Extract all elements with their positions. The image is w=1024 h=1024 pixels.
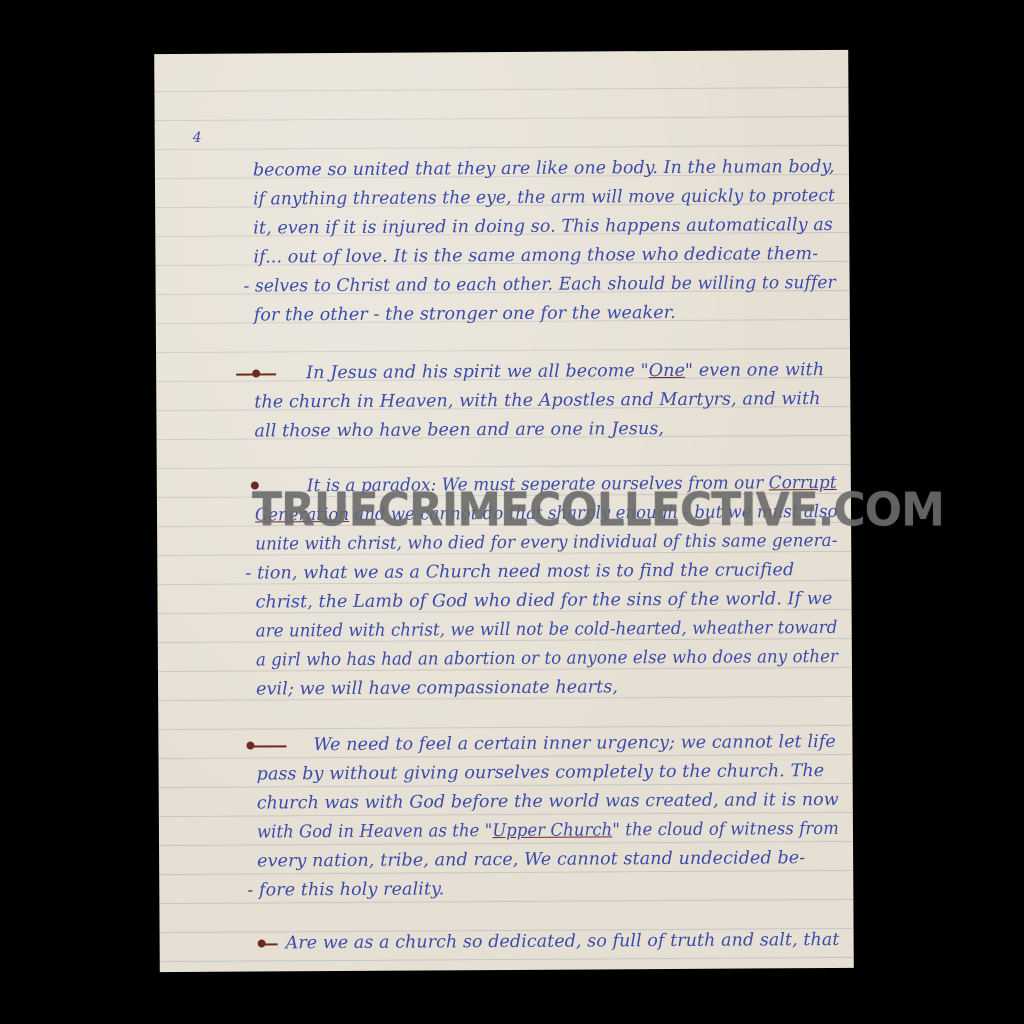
- text-line: - fore this holy reality.: [247, 875, 444, 905]
- text-line: church was with God before the world was…: [257, 786, 839, 819]
- text-line: - selves to Christ and to each other. Ea…: [244, 269, 836, 302]
- text-line: In Jesus and his spirit we all become "O…: [306, 356, 824, 388]
- text-line: with God in Heaven as the "Upper Church"…: [257, 815, 839, 848]
- text-line: - tion, what we as a Church need most is…: [245, 556, 794, 588]
- text-line: Are we as a church so dedicated, so full…: [286, 926, 840, 958]
- text-line: are united with christ, we will not be c…: [256, 614, 838, 647]
- text-line: every nation, tribe, and race, We cannot…: [257, 844, 805, 876]
- bullet-marker: [236, 369, 276, 379]
- text-line: all those who have been and are one in J…: [254, 415, 664, 447]
- bullet-marker: [258, 939, 278, 949]
- text-line: if... out of love. It is the same among …: [253, 240, 818, 272]
- text-line: christ, the Lamb of God who died for the…: [255, 585, 832, 618]
- page-number: 4: [193, 130, 202, 146]
- text-line: the church in Heaven, with the Apostles …: [254, 385, 820, 417]
- underlined-word: Upper Church: [492, 820, 612, 841]
- underlined-word: One: [649, 361, 685, 381]
- text-line: for the other - the stronger one for the…: [254, 299, 676, 331]
- text-line: We need to feel a certain inner urgency;…: [313, 728, 836, 760]
- text-line: pass by without giving ourselves complet…: [257, 757, 825, 789]
- text-line: become so united that they are like one …: [253, 153, 835, 186]
- text-line: it, even if it is injured in doing so. T…: [253, 211, 833, 244]
- text-line: a girl who has had an abortion or to any…: [256, 643, 838, 676]
- text-line: evil; we will have compassionate hearts,: [256, 673, 618, 704]
- bullet-marker: [246, 741, 286, 751]
- text-line: if anything threatens the eye, the arm w…: [253, 182, 835, 215]
- watermark: TRUECRIMECOLLECTIVE.COM: [252, 484, 772, 538]
